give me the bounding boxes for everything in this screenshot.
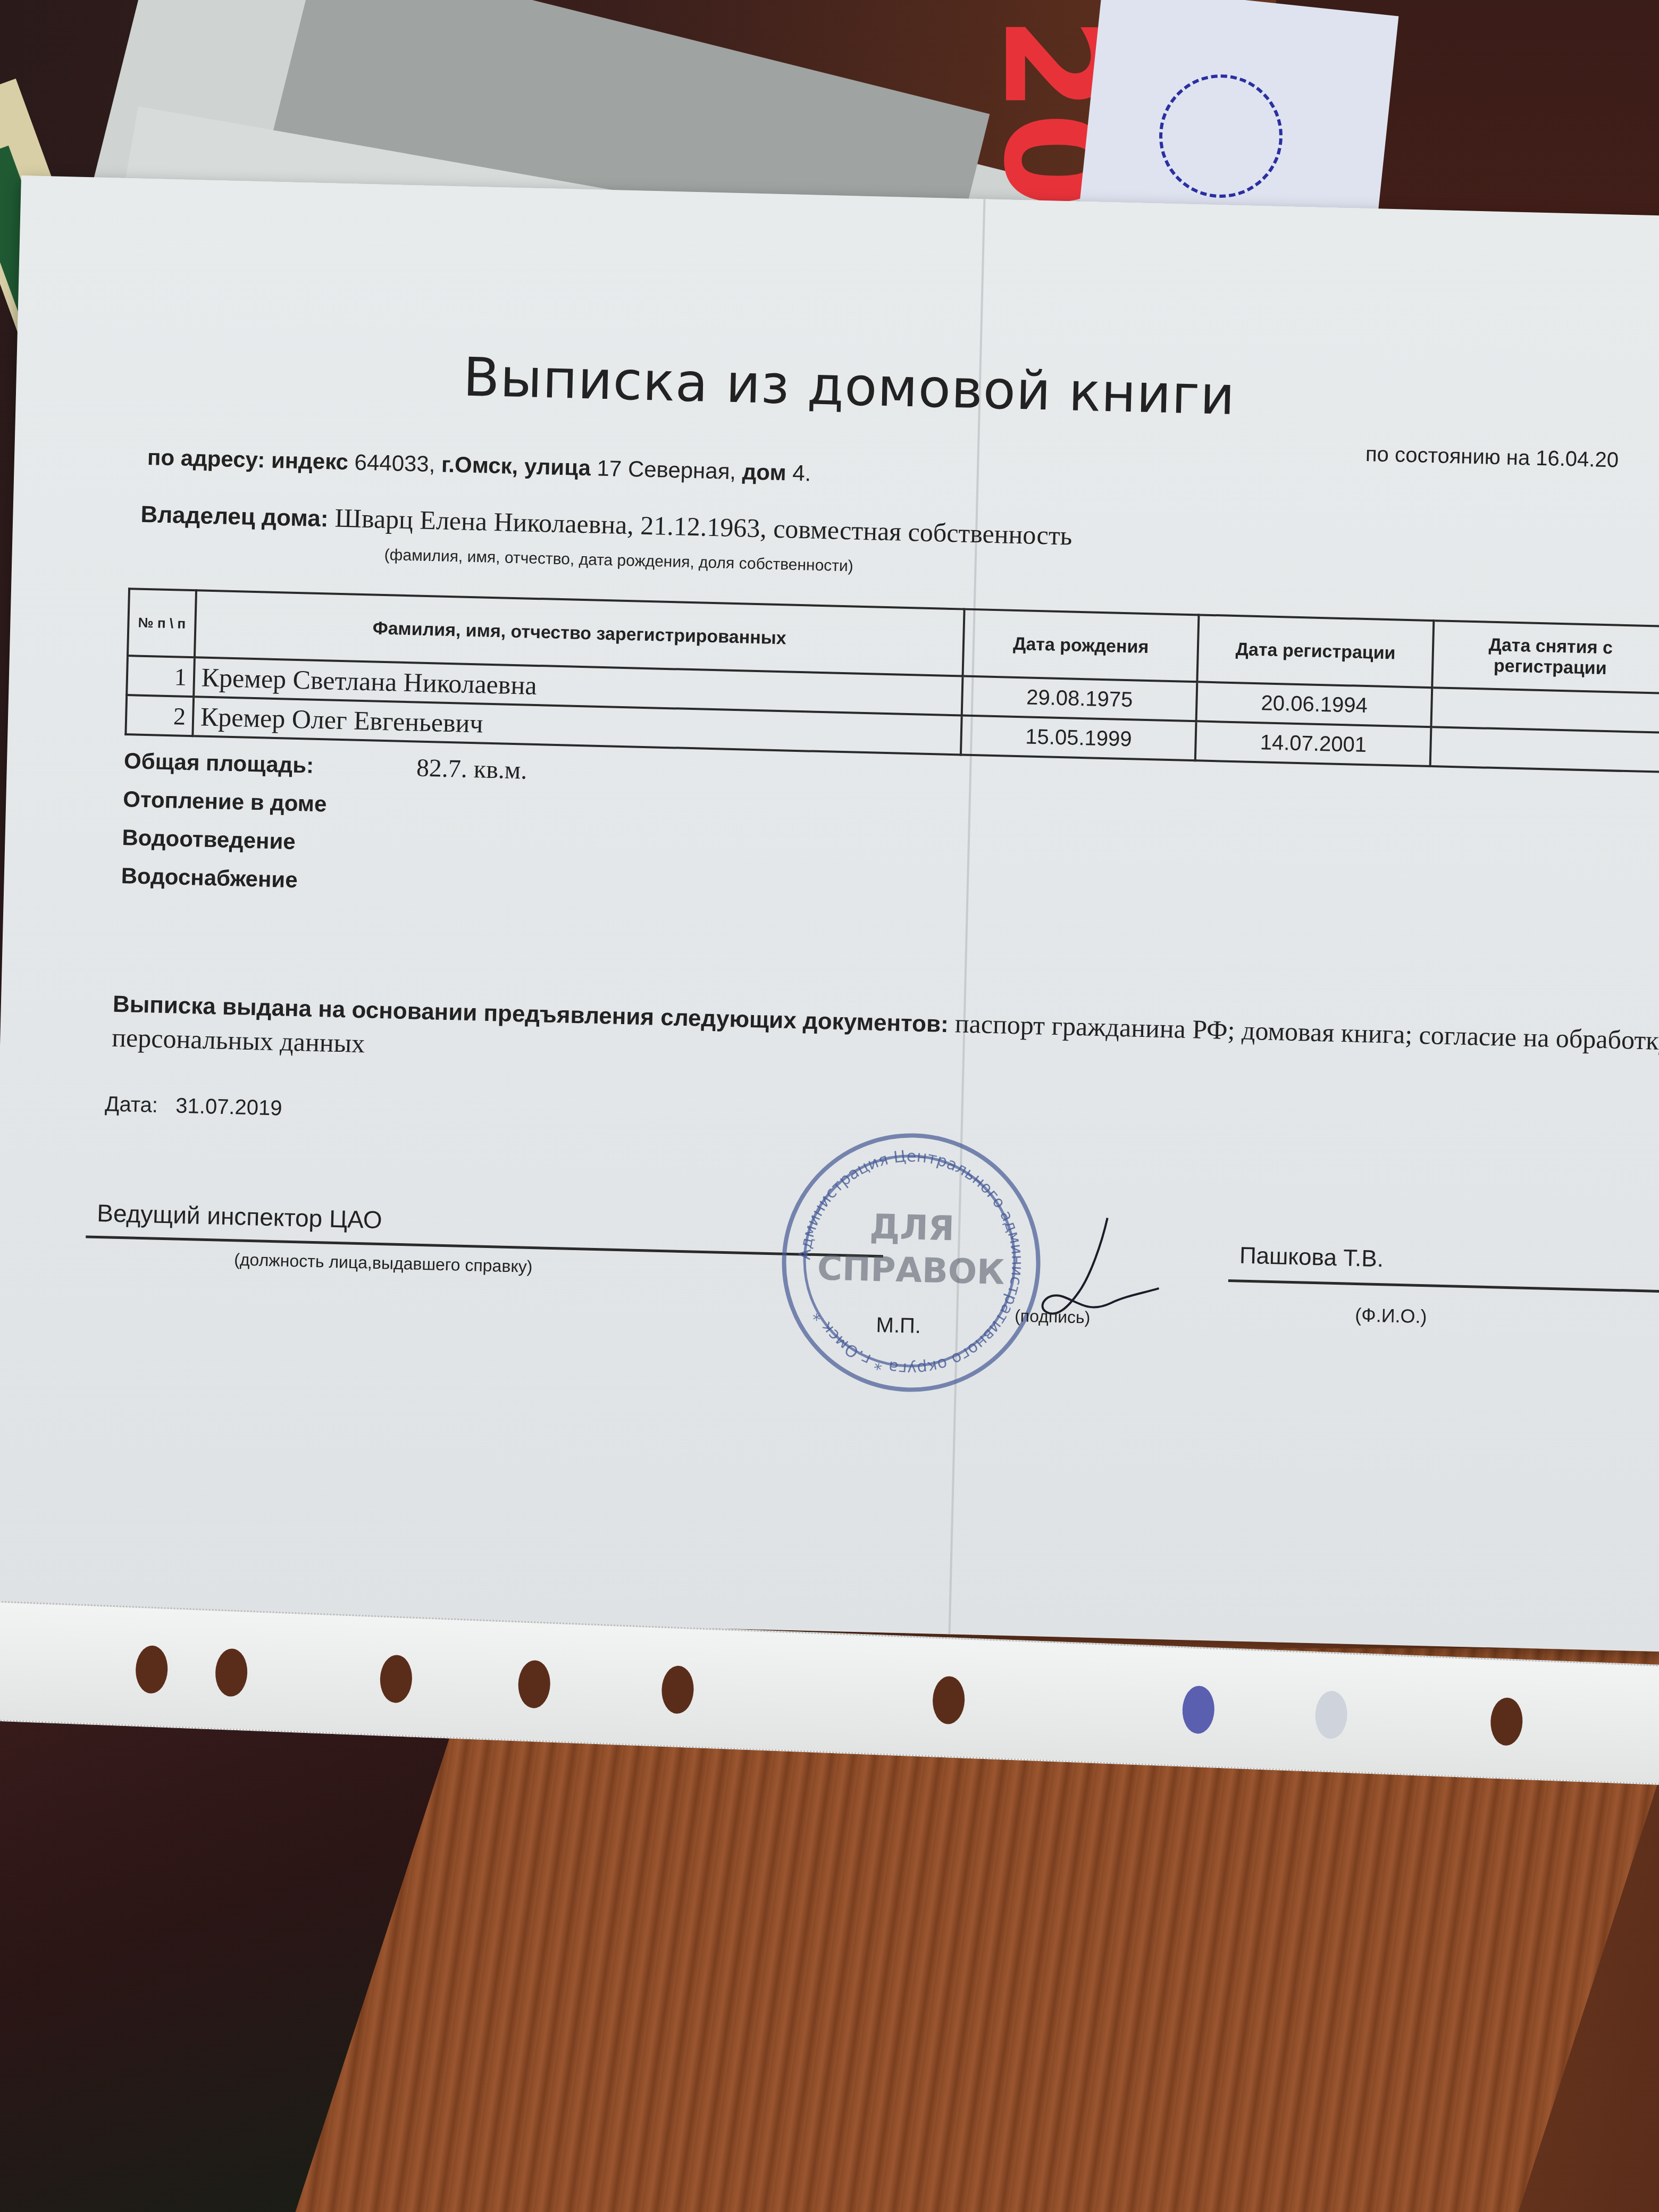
row-number: 2 — [125, 695, 194, 736]
row-deregistration-date — [1431, 688, 1659, 733]
name-hint: (Ф.И.О.) — [1355, 1304, 1427, 1328]
position-hint: (должность лица,выдавшего справку) — [234, 1250, 533, 1277]
drainage-label: Водоотведение — [122, 818, 326, 861]
address-street: 17 Северная, — [597, 456, 736, 484]
header-registration-date: Дата регистрации — [1197, 615, 1434, 688]
row-deregistration-date — [1430, 727, 1659, 772]
issue-basis: Выписка выдана на основании предъявления… — [112, 986, 1659, 1094]
issue-date: Дата: 31.07.2019 — [105, 1092, 282, 1120]
punch-hole — [1314, 1690, 1348, 1739]
address-house-label: дом — [742, 459, 786, 485]
row-number: 1 — [127, 656, 195, 697]
row-birth-date: 15.05.1999 — [961, 716, 1196, 761]
address-index: 644033, — [354, 449, 435, 476]
header-number: № п \ п — [128, 589, 196, 657]
area-label: Общая площадь: — [123, 742, 328, 785]
punch-hole — [379, 1654, 413, 1703]
punch-hole — [1490, 1697, 1523, 1746]
name-underline — [1228, 1279, 1659, 1294]
address-line: по адресу: индекс 644033, г.Омск, улица … — [147, 445, 811, 486]
stamp-line-1: ДЛЯ — [786, 1204, 1037, 1252]
punch-hole — [214, 1648, 248, 1697]
address-label: по адресу: индекс — [147, 445, 349, 474]
property-labels: Общая площадь: Отопление в доме Водоотве… — [121, 742, 328, 900]
owner-value: Шварц Елена Николаевна, 21.12.1963, совм… — [334, 503, 1073, 551]
date-value: 31.07.2019 — [175, 1094, 282, 1120]
document-sheet: Выписка из домовой книги по состоянию на… — [0, 175, 1659, 1652]
punch-hole — [517, 1660, 551, 1708]
issuer-name: Пашкова Т.В. — [1239, 1243, 1384, 1273]
header-deregistration-date: Дата снятия с регистрации — [1432, 621, 1659, 693]
signature-hint: (подпись) — [1015, 1306, 1091, 1327]
position-underline — [86, 1236, 883, 1258]
stamp-center-text: ДЛЯ СПРАВОК — [785, 1204, 1037, 1295]
row-registration-date: 20.06.1994 — [1196, 682, 1432, 727]
document-title: Выписка из домовой книги — [463, 346, 1236, 426]
heating-label: Отопление в доме — [123, 780, 328, 823]
punch-hole — [932, 1675, 965, 1724]
header-birth-date: Дата рождения — [963, 609, 1199, 682]
row-registration-date: 14.07.2001 — [1195, 721, 1431, 766]
punch-hole — [661, 1665, 694, 1714]
address-city-label: г.Омск, улица — [441, 451, 591, 480]
water-supply-label: Водоснабжение — [121, 857, 325, 900]
row-birth-date: 29.08.1975 — [962, 676, 1197, 722]
stamp-line-2: СПРАВОК — [785, 1246, 1036, 1295]
registered-persons-table: № п \ п Фамилия, имя, отчество зарегистр… — [124, 588, 1659, 773]
issuer-position: Ведущий инспектор ЦАО — [97, 1199, 382, 1234]
owner-label: Владелец дома: — [140, 501, 329, 532]
official-stamp: Администрация Центрального административ… — [779, 1130, 1044, 1395]
punch-hole — [1182, 1685, 1215, 1734]
seal-place-label: М.П. — [876, 1313, 921, 1338]
owner-line: Владелец дома: Шварц Елена Николаевна, 2… — [140, 498, 1073, 551]
punch-hole — [135, 1645, 169, 1694]
address-house: 4. — [792, 460, 811, 486]
flower-doodle-icon — [1159, 74, 1283, 198]
date-label: Дата: — [105, 1092, 158, 1117]
area-value: 82.7. кв.м. — [416, 749, 527, 790]
as-of-date: по состоянию на 16.04.20 — [1365, 442, 1619, 473]
owner-hint: (фамилия, имя, отчество, дата рождения, … — [384, 546, 853, 576]
